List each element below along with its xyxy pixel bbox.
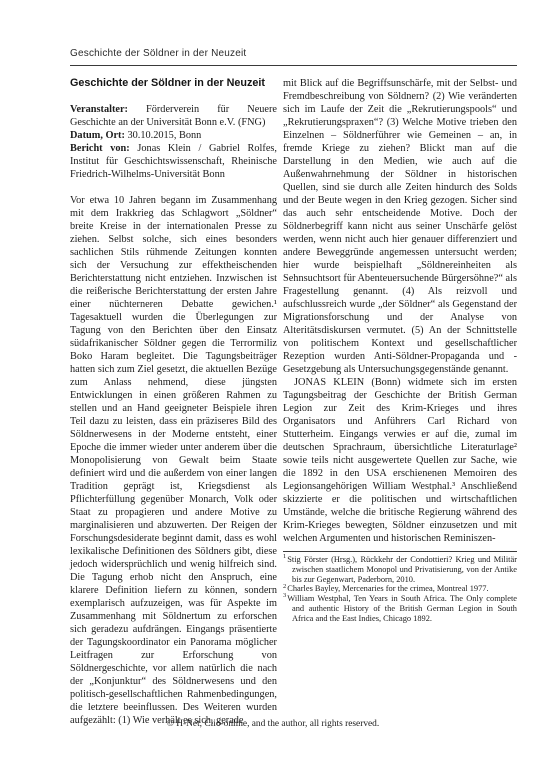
footnote-item: 3William Westphal, Ten Years in South Af…	[283, 594, 517, 623]
footnote-number: 1	[283, 553, 286, 560]
meta-label: Bericht von:	[70, 143, 130, 154]
footnote-number: 3	[283, 592, 286, 599]
meta-item-veranstalter: Veranstalter: Förderverein für Neuere Ge…	[70, 103, 277, 129]
meta-item-bericht-von: Bericht von: Jonas Klein / Gabriel Rolfe…	[70, 142, 277, 181]
footnote-item: 1Stig Förster (Hrsg.), Rückkehr der Cond…	[283, 555, 517, 584]
footnote-number: 2	[283, 583, 286, 590]
header-rule	[70, 65, 517, 66]
column-right: mit Blick auf die Begriffsunschärfe, mit…	[283, 77, 517, 624]
copyright-footer: © H-Net, Clio-online, and the author, al…	[0, 719, 546, 729]
footnote-text: William Westphal, Ten Years in South Afr…	[287, 594, 517, 623]
meta-block: Veranstalter: Förderverein für Neuere Ge…	[70, 103, 277, 181]
body-paragraph-2: JONAS KLEIN (Bonn) widmete sich im erste…	[283, 376, 517, 545]
column-left: Geschichte der Söldner in der Neuzeit Ve…	[70, 77, 277, 727]
body-paragraph-continuation: mit Blick auf die Begriffsunschärfe, mit…	[283, 77, 517, 376]
footnote-list: 1Stig Förster (Hrsg.), Rückkehr der Cond…	[283, 555, 517, 624]
running-head: Geschichte der Söldner in der Neuzeit	[70, 48, 517, 59]
article-title: Geschichte der Söldner in der Neuzeit	[70, 77, 277, 90]
footnote-separator	[283, 551, 517, 552]
footnote-text: Charles Bayley, Mercenaries for the crim…	[287, 584, 488, 593]
body-paragraph-left: Vor etwa 10 Jahren begann im Zusammenhan…	[70, 194, 277, 727]
footnote-item: 2Charles Bayley, Mercenaries for the cri…	[283, 584, 517, 594]
meta-label: Datum, Ort:	[70, 130, 125, 141]
footnote-text: Stig Förster (Hrsg.), Rückkehr der Condo…	[287, 555, 517, 584]
meta-label: Veranstalter:	[70, 104, 128, 115]
meta-value: 30.10.2015, Bonn	[125, 130, 201, 141]
document-page: { "page": { "running_head": "Geschichte …	[0, 0, 546, 768]
meta-item-datum-ort: Datum, Ort: 30.10.2015, Bonn	[70, 129, 277, 142]
